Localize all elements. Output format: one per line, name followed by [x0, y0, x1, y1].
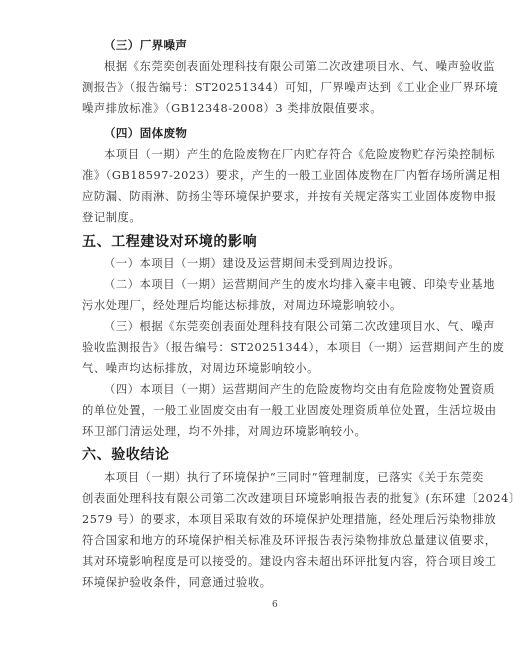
paragraph-line: 气、噪声均达标排放，对周边环境影响较小。	[82, 362, 458, 376]
paragraph-line: （三）根据《东莞奕创表面处理科技有限公司第二次改建项目水、气、噪声	[104, 320, 458, 334]
paragraph-line: 测报告》（报告编号：ST20251344）可知，厂界噪声达到《工业企业厂界环境	[82, 81, 458, 95]
paragraph-line: 根据《东莞奕创表面处理科技有限公司第二次改建项目水、气、噪声验收监	[104, 60, 458, 74]
paragraph-line: 本项目（一期）执行了环境保护“三同时”管理制度，已落实《关于东莞奕	[104, 471, 458, 485]
paragraph-line: 噪声排放标准》（GB12348-2008）3 类排放限值要求。	[82, 102, 458, 116]
chapter-heading-impact: 五、工程建设对环境的影响	[82, 233, 257, 251]
paragraph-line: 登记制度。	[82, 211, 458, 225]
paragraph-line: 环卫部门清运处理，均不外排，对周边环境影响较小。	[82, 425, 458, 439]
paragraph-line: 的单位处置，一般工业固废交由有一般工业固废处理资质单位处置，生活垃圾由	[82, 404, 458, 418]
paragraph-line: 污水处理厂，经处理后均能达标排放，对周边环境影响较小。	[82, 299, 458, 313]
paragraph-line: （二）本项目（一期）运营期间产生的废水均排入豪丰电镀、印染专业基地	[104, 278, 458, 292]
section-heading-solid-waste: （四）固体废物	[104, 126, 187, 140]
paragraph-line: 符合国家和地方的环境保护相关标准及环评报告表污染物排放总量建议值要求，	[82, 534, 458, 548]
paragraph-line: 应防漏、防雨淋、防扬尘等环境保护要求，并按有关规定落实工业固体废物申报	[82, 190, 458, 204]
section-heading-noise: （三）厂界噪声	[104, 38, 187, 52]
paragraph-line: 2579 号）的要求，本项目采取有效的环境保护处理措施，经处理后污染物排放	[82, 513, 458, 527]
paragraph-line: 环境保护验收条件，同意通过验收。	[82, 576, 458, 590]
paragraph-line: 其对环境影响程度是可以接受的。建设内容未超出环评批复内容，符合项目竣工	[82, 555, 458, 569]
paragraph-line: （一）本项目（一期）建设及运营期间未受到周边投诉。	[104, 257, 458, 271]
page-number: 6	[272, 600, 278, 610]
paragraph-line: 本项目（一期）产生的危险废物在厂内贮存符合《危险废物贮存污染控制标	[104, 148, 458, 162]
paragraph-line: 创表面处理科技有限公司第二次改建项目环境影响报告表的批复》(东环建〔2024〕	[82, 492, 458, 506]
paragraph-line: 准》（GB18597-2023）要求，产生的一般工业固体废物在厂内暂存场所满足相	[82, 169, 458, 183]
document-page: （三）厂界噪声 根据《东莞奕创表面处理科技有限公司第二次改建项目水、气、噪声验收…	[0, 0, 530, 650]
chapter-heading-conclusion: 六、验收结论	[82, 446, 170, 464]
paragraph-line: （四）本项目（一期）运营期间产生的危险废物均交由有危险废物处置资质	[104, 383, 458, 397]
paragraph-line: 验收监测报告》（报告编号：ST20251344），本项目（一期）运营期间产生的废	[82, 341, 458, 355]
